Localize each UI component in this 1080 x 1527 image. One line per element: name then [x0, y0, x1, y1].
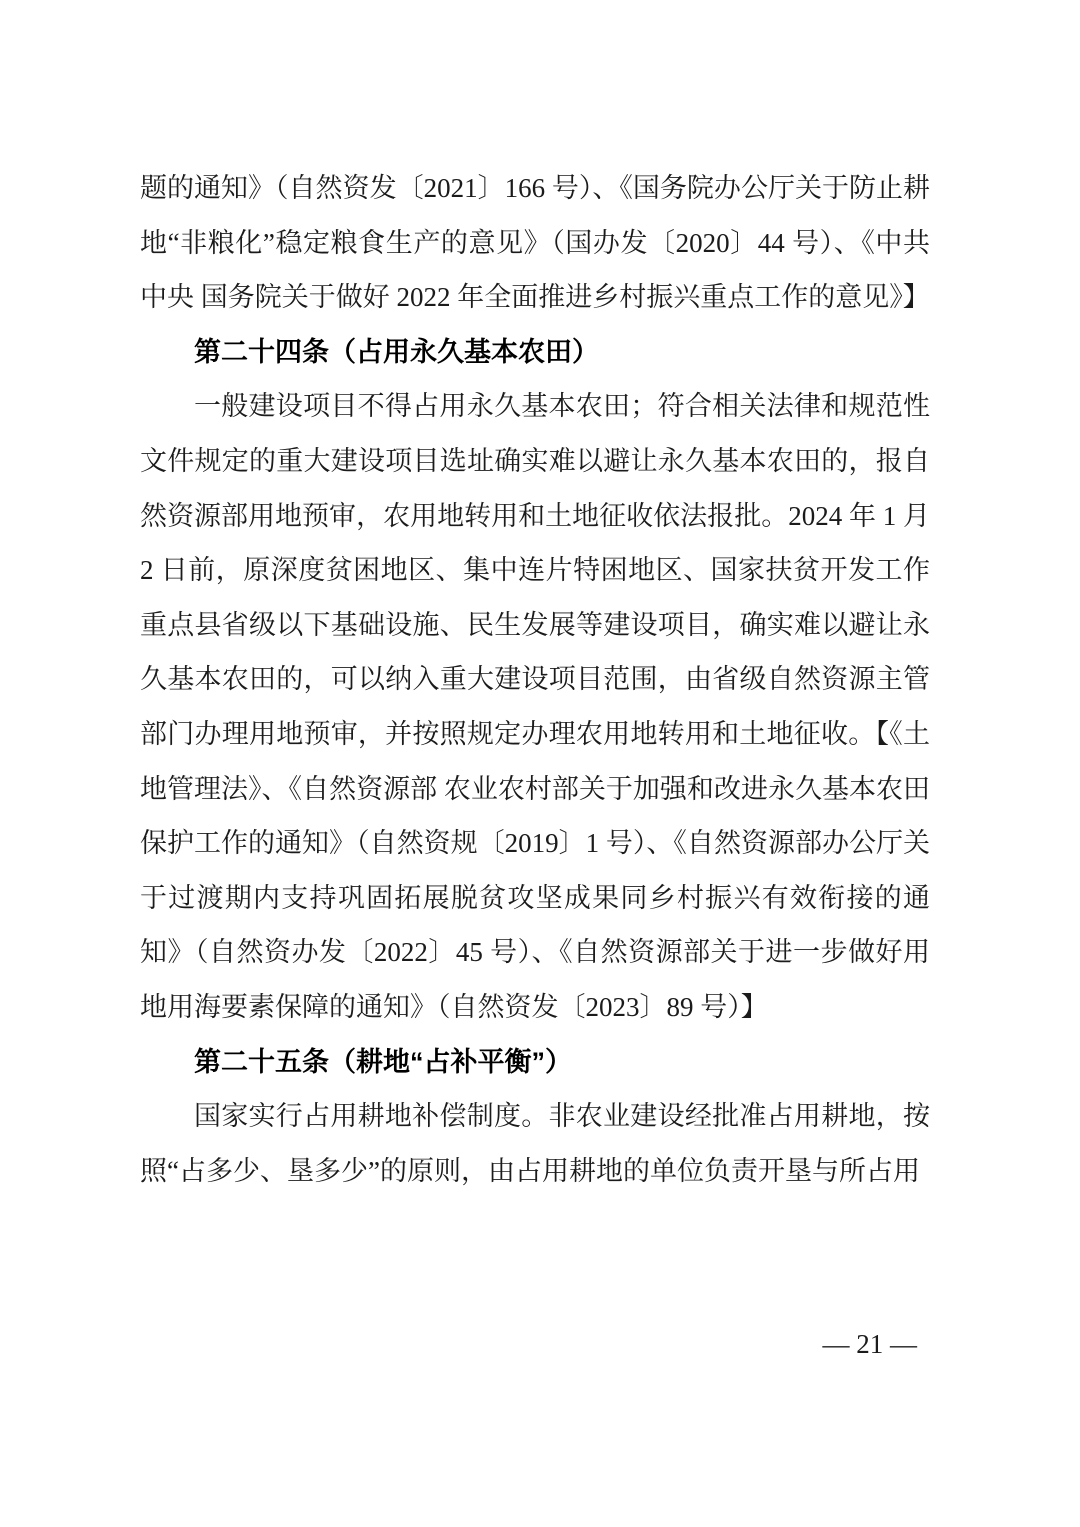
article-25-heading: 第二十五条（耕地“占补平衡”）	[140, 1035, 930, 1090]
article-24-heading: 第二十四条（占用永久基本农田）	[140, 325, 930, 380]
page-body-text: 题的通知》（自然资发〔2021〕166 号）、《国务院办公厅关于防止耕地“非粮化…	[140, 161, 930, 1198]
continued-paragraph: 题的通知》（自然资发〔2021〕166 号）、《国务院办公厅关于防止耕地“非粮化…	[140, 161, 930, 325]
page-number: — 21 —	[823, 1322, 918, 1366]
article-24-body: 一般建设项目不得占用永久基本农田；符合相关法律和规范性文件规定的重大建设项目选址…	[140, 379, 930, 1034]
article-25-body: 国家实行占用耕地补偿制度。非农业建设经批准占用耕地，按照“占多少、垦多少”的原则…	[140, 1089, 930, 1198]
document-page: 题的通知》（自然资发〔2021〕166 号）、《国务院办公厅关于防止耕地“非粮化…	[0, 0, 1080, 1527]
